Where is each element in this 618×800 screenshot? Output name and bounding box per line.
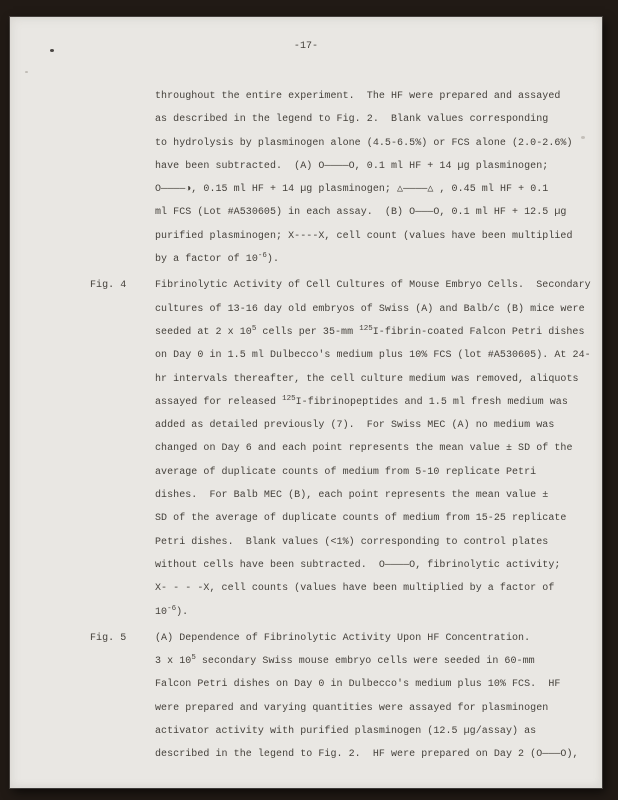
superscript-text: -6 xyxy=(167,605,176,613)
text-line: 10-6). xyxy=(155,601,598,624)
figure-label: Fig. 4 xyxy=(90,274,155,297)
document-page: -17- throughout the entire experiment. T… xyxy=(10,17,602,788)
superscript-text: -6 xyxy=(258,252,267,260)
text-line: dishes. For Balb MEC (B), each point rep… xyxy=(155,484,598,507)
paper-speck xyxy=(25,71,28,73)
paragraph-lines: Fibrinolytic Activity of Cell Cultures o… xyxy=(155,274,598,623)
text-line: have been subtracted. (A) O————O, 0.1 ml… xyxy=(155,155,598,178)
text-line: 3 x 105 secondary Swiss mouse embryo cel… xyxy=(155,650,598,673)
text-line: seeded at 2 x 105 cells per 35-mm 125I-f… xyxy=(155,321,598,344)
text-line: Falcon Petri dishes on Day 0 in Dulbecco… xyxy=(155,673,598,696)
body-text-paragraph: throughout the entire experiment. The HF… xyxy=(10,85,598,271)
text-line: O————◑, 0.15 ml HF + 14 µg plasminogen; … xyxy=(155,178,598,201)
text-line: by a factor of 10-6). xyxy=(155,248,598,271)
text-line: were prepared and varying quantities wer… xyxy=(155,697,598,720)
text-line: changed on Day 6 and each point represen… xyxy=(155,437,598,460)
text-line: added as detailed previously (7). For Sw… xyxy=(155,414,598,437)
document-body: throughout the entire experiment. The HF… xyxy=(10,85,598,767)
superscript-text: 125 xyxy=(282,395,296,403)
page-backdrop: { "colors": { "backdrop": "#211a15", "pa… xyxy=(0,0,618,800)
text-line: as described in the legend to Fig. 2. Bl… xyxy=(155,108,598,131)
page-number: -17- xyxy=(10,39,602,55)
text-line: average of duplicate counts of medium fr… xyxy=(155,461,598,484)
text-line: described in the legend to Fig. 2. HF we… xyxy=(155,743,598,766)
text-line: cultures of 13-16 day old embryos of Swi… xyxy=(155,298,598,321)
text-line: on Day 0 in 1.5 ml Dulbecco's medium plu… xyxy=(155,344,598,367)
text-line: activator activity with purified plasmin… xyxy=(155,720,598,743)
text-line: throughout the entire experiment. The HF… xyxy=(155,85,598,108)
superscript-text: 5 xyxy=(252,325,257,333)
text-line: purified plasminogen; X----X, cell count… xyxy=(155,225,598,248)
text-line: (A) Dependence of Fibrinolytic Activity … xyxy=(155,627,598,650)
text-line: without cells have been subtracted. O———… xyxy=(155,554,598,577)
figure-label: Fig. 5 xyxy=(90,627,155,650)
text-line: X- - - -X, cell counts (values have been… xyxy=(155,577,598,600)
text-line: Fibrinolytic Activity of Cell Cultures o… xyxy=(155,274,598,297)
superscript-text: 125 xyxy=(359,325,373,333)
text-line: ml FCS (Lot #A530605) in each assay. (B)… xyxy=(155,201,598,224)
text-line: to hydrolysis by plasminogen alone (4.5-… xyxy=(155,132,598,155)
text-line: hr intervals thereafter, the cell cultur… xyxy=(155,368,598,391)
text-line: Petri dishes. Blank values (<1%) corresp… xyxy=(155,531,598,554)
paragraph-lines: throughout the entire experiment. The HF… xyxy=(155,85,598,271)
text-line: assayed for released 125I-fibrinopeptide… xyxy=(155,391,598,414)
text-line: SD of the average of duplicate counts of… xyxy=(155,507,598,530)
superscript-text: 5 xyxy=(191,654,196,662)
paragraph-lines: (A) Dependence of Fibrinolytic Activity … xyxy=(155,627,598,767)
figure-legend-paragraph: Fig. 4Fibrinolytic Activity of Cell Cult… xyxy=(10,274,598,623)
figure-legend-paragraph: Fig. 5(A) Dependence of Fibrinolytic Act… xyxy=(10,627,598,767)
